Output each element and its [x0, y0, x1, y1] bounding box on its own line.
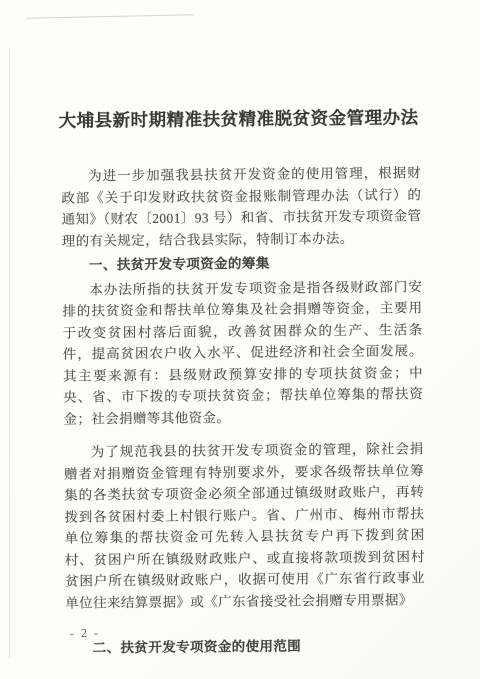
document-body: 大埔县新时期精准扶贫精准脱贫资金管理办法 为进一步加强我县扶贫开发资金的使用管理… — [0, 0, 480, 663]
paragraph-fund-management: 为了规范我县的扶贫开发专项资金的管理，除社会捐赠者对捐赠资金管理有特别要求外，要… — [64, 438, 426, 613]
scanned-document-page: 大埔县新时期精准扶贫精准脱贫资金管理办法 为进一步加强我县扶贫开发资金的使用管理… — [0, 0, 480, 679]
paragraph-fund-sources: 本办法所指的扶贫开发专项资金是指各级财政部门安排的扶贫资金和帮扶单位筹集及社会捐… — [62, 276, 423, 430]
page-number: - 2 - — [70, 626, 100, 641]
section-heading-1: 一、扶贫开发专项资金的筹集 — [62, 251, 422, 276]
paragraph-intro: 为进一步加强我县扶贫开发资金的使用管理，根据财政部《关于印发财政扶贫资金报账制管… — [61, 162, 422, 251]
document-title: 大埔县新时期精准扶贫精准脱贫资金管理办法 — [38, 104, 438, 133]
section-heading-2: 二、扶贫开发专项资金的使用范围 — [66, 634, 426, 659]
